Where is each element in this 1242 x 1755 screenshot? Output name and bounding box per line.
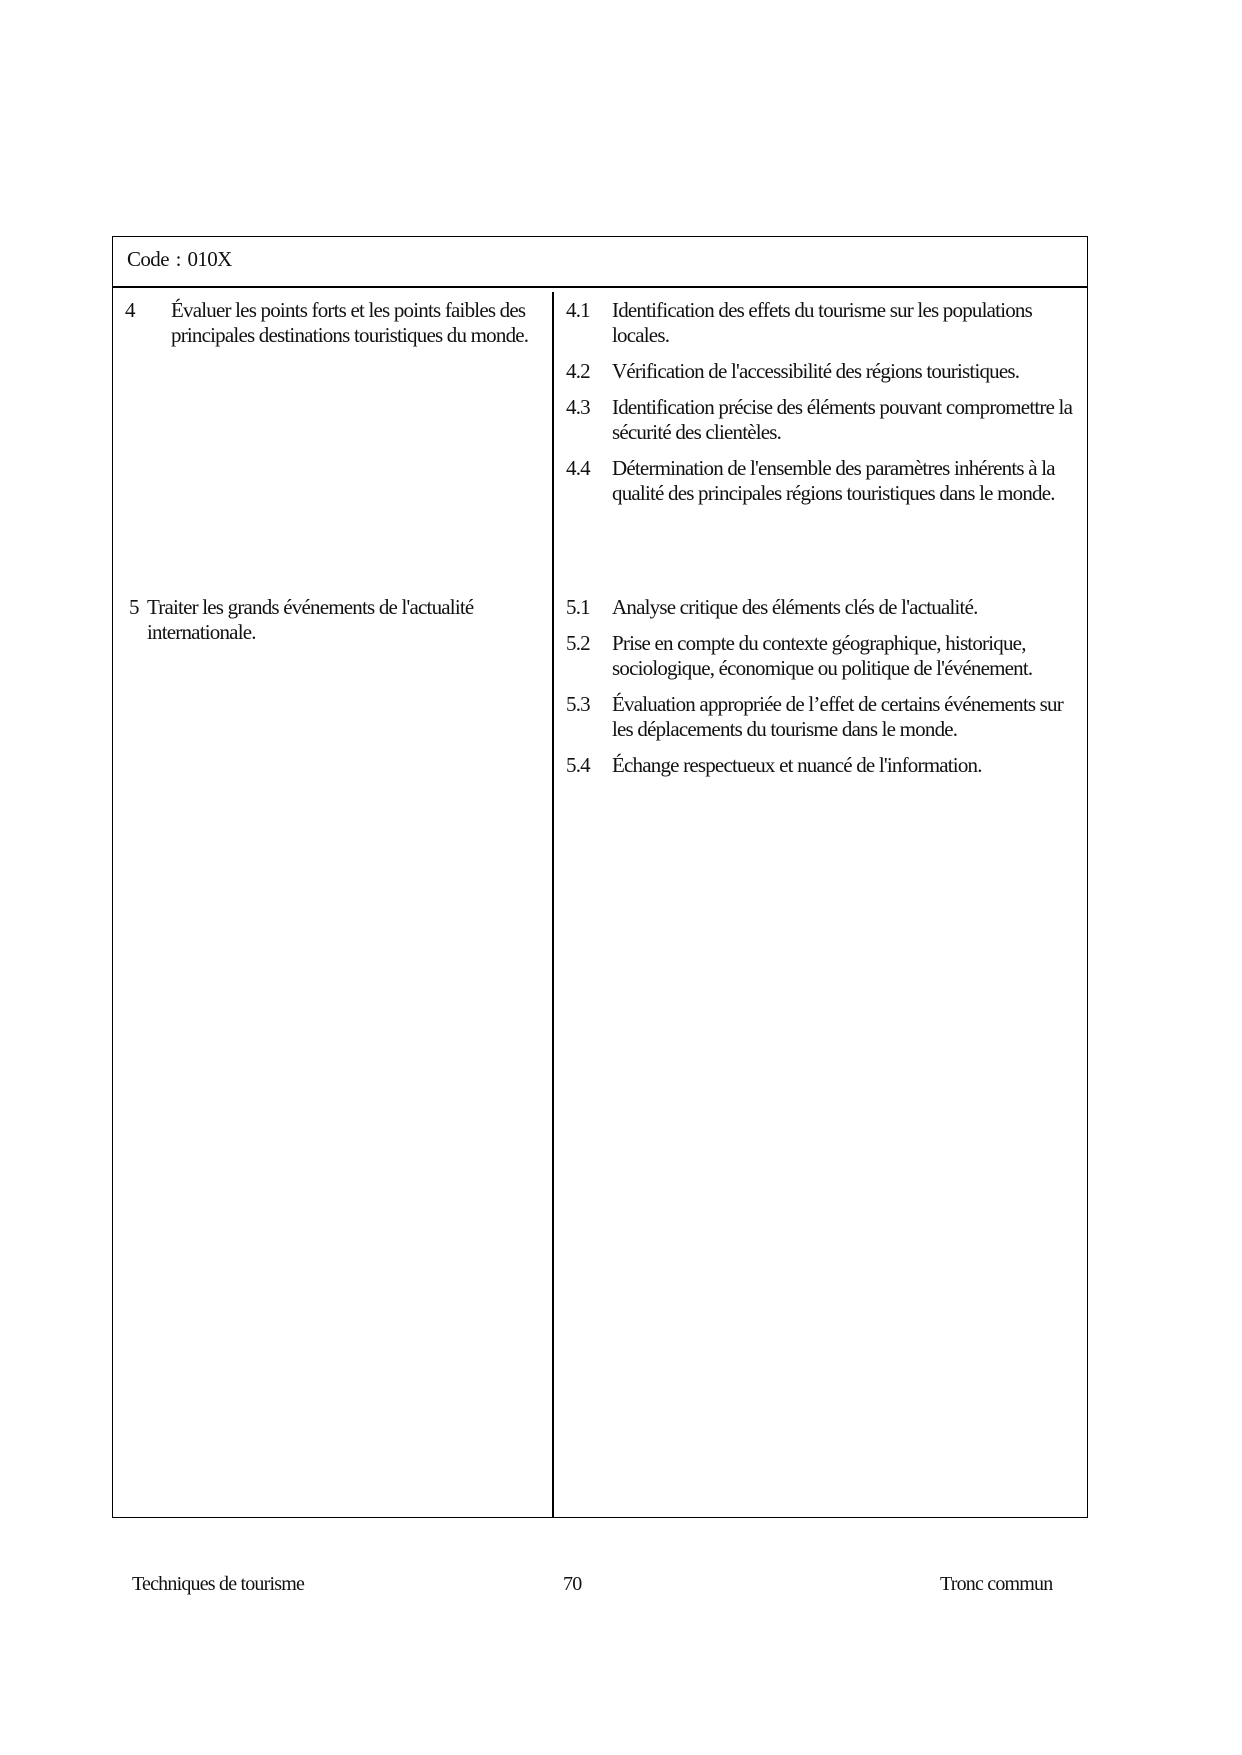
criterion-text: Prise en compte du contexte géographique…: [612, 631, 1032, 680]
code-label: Code :: [127, 247, 181, 271]
criteria-group-5: 5.1 Analyse critique des éléments clés d…: [566, 595, 1086, 789]
footer-section-name: Tronc commun: [940, 1573, 1052, 1596]
criterion-number: 5.3: [566, 692, 590, 717]
criterion-text: Détermination de l'ensemble des paramètr…: [612, 456, 1055, 505]
criterion-text: Identification des effets du tourisme su…: [612, 298, 1032, 347]
criterion-number: 5.1: [566, 595, 590, 620]
criterion: 5.4 Échange respectueux et nuancé de l'i…: [566, 753, 1086, 778]
criterion-text: Identification précise des éléments pouv…: [612, 395, 1072, 444]
criteria-column: 4.1 Identification des effets du tourism…: [554, 292, 1087, 1517]
criterion-text: Vérification de l'accessibilité des régi…: [612, 359, 1019, 383]
criterion-number: 4.4: [566, 456, 590, 481]
criterion: 4.2 Vérification de l'accessibilité des …: [566, 359, 1086, 384]
competency-title: Traiter les grands événements de l'actua…: [147, 595, 477, 645]
criterion-text: Échange respectueux et nuancé de l'infor…: [612, 753, 982, 777]
criterion: 4.3 Identification précise des éléments …: [566, 395, 1086, 445]
criterion: 5.2 Prise en compte du contexte géograph…: [566, 631, 1086, 681]
competency-number: 5: [129, 595, 139, 620]
criterion-number: 4.2: [566, 359, 590, 384]
criterion-number: 4.1: [566, 298, 590, 323]
criterion: 5.3 Évaluation appropriée de l’effet de …: [566, 692, 1086, 742]
criterion: 5.1 Analyse critique des éléments clés d…: [566, 595, 1086, 620]
criterion-number: 5.2: [566, 631, 590, 656]
competency-column: 4 Évaluer les points forts et les points…: [113, 292, 552, 1517]
code-value: 010X: [187, 247, 231, 271]
code-header-row: Code : 010X: [113, 237, 1087, 288]
criterion-text: Évaluation appropriée de l’effet de cert…: [612, 692, 1063, 741]
criterion-number: 5.4: [566, 753, 590, 778]
competency-number: 4: [125, 298, 135, 323]
criterion-text: Analyse critique des éléments clés de l'…: [612, 595, 978, 619]
code-text: Code : 010X: [127, 247, 232, 272]
criterion: 4.4 Détermination de l'ensemble des para…: [566, 456, 1086, 506]
footer-page-number: 70: [563, 1573, 581, 1596]
criterion: 4.1 Identification des effets du tourism…: [566, 298, 1086, 348]
competency-table: Code : 010X 4 Évaluer les points forts e…: [112, 236, 1088, 1518]
competency-title: Évaluer les points forts et les points f…: [171, 298, 531, 348]
criteria-group-4: 4.1 Identification des effets du tourism…: [566, 298, 1086, 517]
criterion-number: 4.3: [566, 395, 590, 420]
footer-program-name: Techniques de tourisme: [132, 1573, 304, 1596]
